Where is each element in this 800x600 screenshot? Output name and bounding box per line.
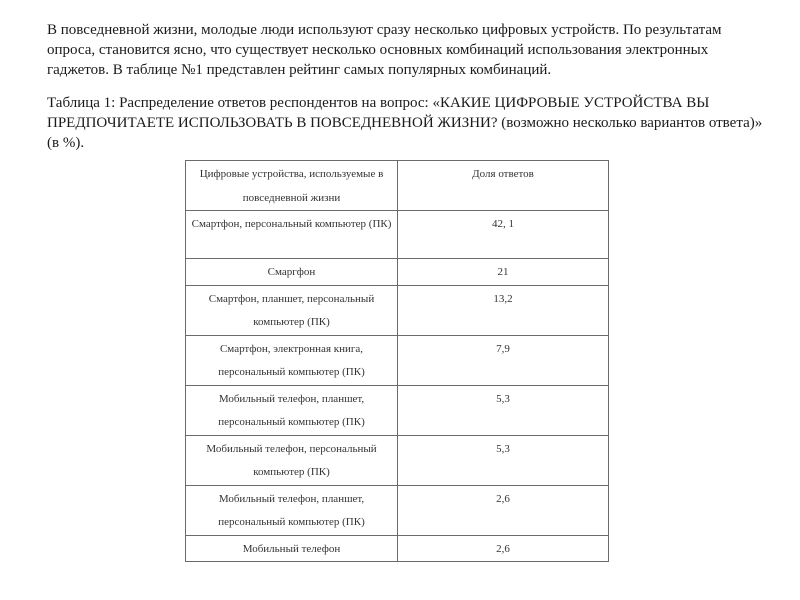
- table-header-row: Цифровые устройства, используемые в повс…: [186, 161, 609, 211]
- cell-devices: Мобильный телефон: [186, 535, 398, 562]
- cell-share: 21: [398, 259, 609, 286]
- cell-share: 5,3: [398, 385, 609, 435]
- cell-share: 13,2: [398, 285, 609, 335]
- cell-devices: Смаргфон: [186, 259, 398, 286]
- cell-devices: Мобильный телефон, персональный компьюте…: [186, 435, 398, 485]
- table-row: Смаргфон 21: [186, 259, 609, 286]
- cell-devices: Мобильный телефон, планшет, персональный…: [186, 485, 398, 535]
- cell-share: 7,9: [398, 335, 609, 385]
- cell-share: 2,6: [398, 535, 609, 562]
- table-row: Мобильный телефон 2,6: [186, 535, 609, 562]
- table-row: Мобильный телефон, персональный компьюте…: [186, 435, 609, 485]
- table-row: Мобильный телефон, планшет, персональный…: [186, 385, 609, 435]
- table-row: Смартфон, электронная книга, персональны…: [186, 335, 609, 385]
- cell-devices: Мобильный телефон, планшет, персональный…: [186, 385, 398, 435]
- intro-paragraph: В повседневной жизни, молодые люди испол…: [47, 20, 767, 80]
- cell-devices: Смартфон, персональный компьютер (ПК): [186, 211, 398, 259]
- cell-devices: Смартфон, электронная книга, персональны…: [186, 335, 398, 385]
- cell-devices: Смартфон, планшет, персональный компьюте…: [186, 285, 398, 335]
- header-share: Доля ответов: [398, 161, 609, 211]
- table-row: Смартфон, персональный компьютер (ПК) 42…: [186, 211, 609, 259]
- device-preferences-table: Цифровые устройства, используемые в повс…: [185, 160, 609, 562]
- table-row: Смартфон, планшет, персональный компьюте…: [186, 285, 609, 335]
- table-caption: Таблица 1: Распределение ответов респонд…: [47, 93, 767, 153]
- cell-share: 2,6: [398, 485, 609, 535]
- table-row: Мобильный телефон, планшет, персональный…: [186, 485, 609, 535]
- header-devices: Цифровые устройства, используемые в повс…: [186, 161, 398, 211]
- cell-share: 5,3: [398, 435, 609, 485]
- cell-share: 42, 1: [398, 211, 609, 259]
